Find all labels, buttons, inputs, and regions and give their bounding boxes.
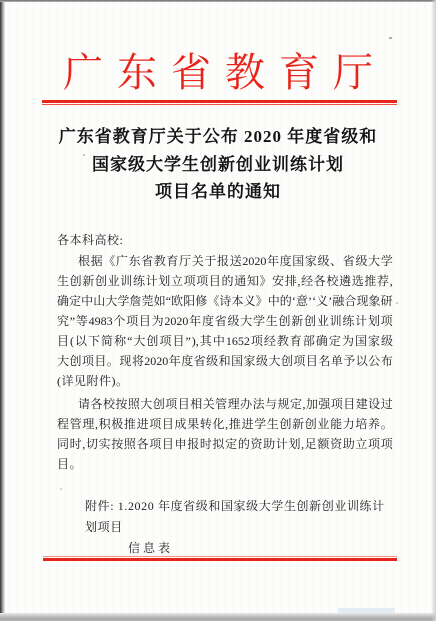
- scan-artifact-dot: [60, 488, 62, 490]
- footer-divider-thin: [43, 556, 397, 557]
- paragraph-2-line: 同时,切实按照各项目申报时拟定的资助计划,足额资助立项项: [57, 434, 393, 454]
- paragraph-2-line: 请各校按照大创项目相关管理办法与规定,加强项目建设过: [57, 394, 393, 414]
- letterhead-divider-thick: [42, 100, 397, 103]
- attachment-label: 附件:: [85, 499, 114, 513]
- paragraph-1-line: 根据《广东省教育厅关于报送2020年度国家级、省级大学: [57, 251, 393, 271]
- title-line-1: 广东省教育厅关于公布 2020 年度省级和: [0, 123, 436, 151]
- document-title: 广东省教育厅关于公布 2020 年度省级和 国家级大学生创新创业训练计划 项目名…: [0, 123, 436, 206]
- salutation: 各本科高校:: [57, 229, 393, 251]
- agency-name: 广东省教育厅: [63, 50, 387, 95]
- scan-artifact-dot: [389, 37, 392, 39]
- footer-divider-thick: [43, 558, 397, 561]
- paragraph-1-line: 确定中山大学詹莞如“欧阳修《诗本义》中的‘意’‘义’融合现象研: [57, 291, 393, 311]
- scan-artifact-smudge: [338, 608, 395, 613]
- page-edge-top: [0, 0, 436, 2]
- paragraph-1: 根据《广东省教育厅关于报送2020年度国家级、省级大学 生创新创业训练计划立项项…: [57, 251, 393, 391]
- paragraph-1-line: 大创项目。现将2020年度省级和国家级大创项目名单予以公布: [57, 351, 393, 371]
- scanned-document-page: 广东省教育厅 广东省教育厅关于公布 2020 年度省级和 国家级大学生创新创业训…: [0, 0, 436, 621]
- paragraph-1-line: 生创新创业训练计划立项项目的通知》安排,经各校遴选推荐,: [57, 271, 393, 291]
- scan-artifact-dot: [396, 302, 398, 304]
- title-line-2: 国家级大学生创新创业训练计划: [0, 151, 436, 179]
- page-edge-bottom: [0, 613, 436, 621]
- letterhead-divider-thin: [42, 104, 397, 105]
- attachment-title: 1.2020 年度省级和国家级大学生创新创业训练计划项目: [85, 499, 385, 534]
- scan-artifact-dot: [83, 154, 85, 156]
- paragraph-2-line: 程管理,积极推进项目成果转化,推进学生创新创业能力培养。: [57, 414, 393, 434]
- agency-letterhead: 广东省教育厅: [0, 50, 436, 96]
- document-body: 各本科高校: 根据《广东省教育厅关于报送2020年度国家级、省级大学 生创新创业…: [57, 229, 393, 559]
- paragraph-1-line: 究”等4983个项目为2020年度省级大学生创新创业训练计划项: [57, 311, 393, 331]
- title-line-3: 项目名单的通知: [0, 178, 436, 206]
- paragraph-1-line: (详见附件)。: [57, 371, 393, 391]
- attachment-note: 附件: 1.2020 年度省级和国家级大学生创新创业训练计划项目 信息表: [57, 496, 393, 559]
- paragraph-2-line: 目。: [57, 454, 393, 474]
- paragraph-1-line: 目(以下简称“大创项目”),其中1652项经教育部确定为国家级: [57, 331, 393, 351]
- paragraph-2: 请各校按照大创项目相关管理办法与规定,加强项目建设过 程管理,积极推进项目成果转…: [57, 394, 393, 474]
